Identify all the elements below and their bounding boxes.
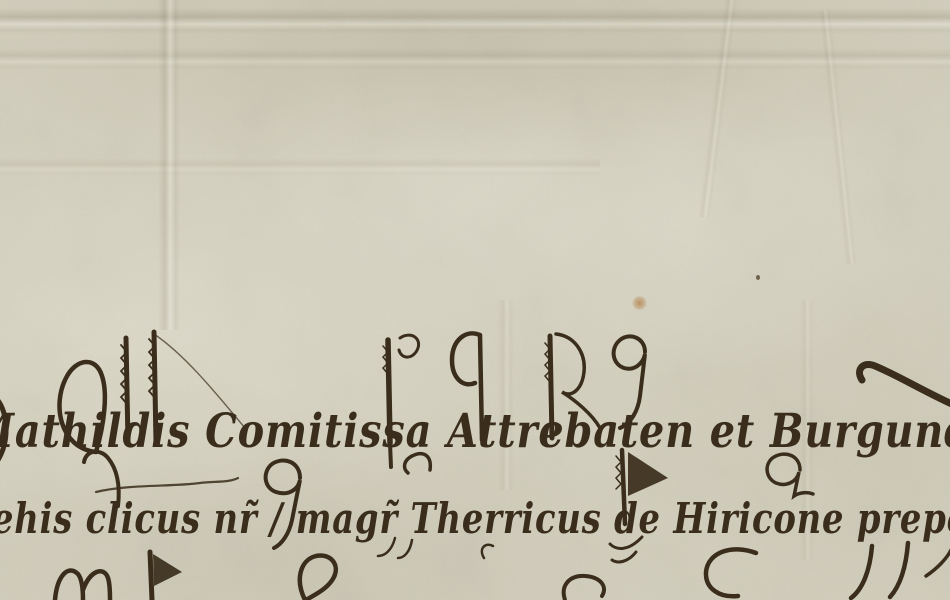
tail-fragment <box>926 550 950 576</box>
long-s-descender <box>390 443 391 467</box>
line3-fragments <box>55 543 950 600</box>
long-s-flag <box>399 335 419 357</box>
manuscript-photo: Mathildis Comitissa Attrebaten et Burgun… <box>0 0 950 600</box>
ink-layer: Mathildis Comitissa Attrebaten et Burgun… <box>0 0 950 600</box>
loop-fragment <box>300 556 336 600</box>
stroke-fragment <box>851 546 872 598</box>
small-mark-fragment <box>482 545 493 558</box>
stroke-fragment <box>890 543 908 597</box>
long-s-ascender <box>388 340 390 443</box>
m-arch-fragment <box>55 570 83 600</box>
ascender-flourish <box>550 336 552 438</box>
ascender-serration <box>616 456 621 489</box>
loop-fragment <box>706 549 756 596</box>
loop-flourish <box>767 454 813 496</box>
pennant-fragment <box>153 554 182 586</box>
manuscript-line-2: ehis clicus nr̃ / magr̃ Therricus de Hir… <box>0 494 950 543</box>
manuscript-line-1: Mathildis Comitissa Attrebaten et Burgun… <box>0 404 950 459</box>
h-ascender <box>622 450 625 524</box>
ascender-flourish <box>154 332 156 443</box>
big-swoosh <box>860 364 950 405</box>
ascender-fragment <box>150 552 152 600</box>
loop-fragment <box>564 576 604 600</box>
m-arch-fragment <box>83 571 110 600</box>
